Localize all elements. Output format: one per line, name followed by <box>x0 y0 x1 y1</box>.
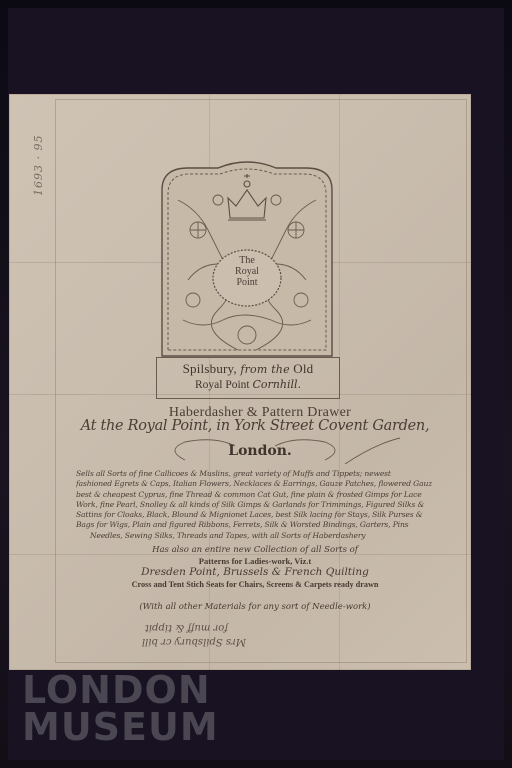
goods-line: best & cheapest Cyprus, fine Thread & co… <box>76 490 432 500</box>
note-line: for muff & tippit <box>96 620 246 634</box>
goods-line: Work, fine Pearl, Snolley & all kinds of… <box>76 500 432 510</box>
london-museum-logo: LONDON MUSEUM <box>22 672 219 746</box>
signboard-sign-name: Royal Point <box>195 379 250 391</box>
goods-line: Sattins for Cloaks, Black, Blound & Mign… <box>76 510 432 520</box>
goods-line: Needles, Sewing Silks, Threads and Tapes… <box>76 531 432 541</box>
signboard-italic: from the <box>240 363 290 376</box>
inverted-handwritten-note: Mrs Spilsbury cr bill for muff & tippit <box>96 620 246 648</box>
signboard-location: Cornhill. <box>252 378 301 391</box>
logo-line: LONDON <box>22 672 219 709</box>
signboard-line-1: Spilsbury, from the Old <box>157 361 339 377</box>
address-line: At the Royal Point, in York Street Coven… <box>70 418 440 434</box>
shop-name: Spilsbury, <box>183 361 237 376</box>
note-line: Mrs Spilsbury cr bill <box>96 634 246 648</box>
city-title: London. <box>200 443 320 459</box>
goods-line: fashioned Egrets & Caps, Italian Flowers… <box>76 479 432 489</box>
signboard: Spilsbury, from the Old Royal Point Corn… <box>156 357 340 399</box>
logo-line: MUSEUM <box>22 709 219 746</box>
patterns-heading: Patterns for Ladies-work, Viz.t <box>60 556 450 566</box>
medallion-line: Point <box>217 277 277 288</box>
patterns-intro: Has also an entire new Collection of all… <box>60 545 450 555</box>
goods-line: Sells all Sorts of fine Callicoes & Musl… <box>76 469 432 479</box>
signboard-word: Old <box>293 361 313 376</box>
patterns-closing: (With all other Materials for any sort o… <box>60 602 450 612</box>
medallion-line: The <box>217 255 277 266</box>
margin-handwritten-note: 1693 · 95 <box>32 135 45 196</box>
patterns-seats: Cross and Tent Stich Seats for Chairs, S… <box>60 580 450 589</box>
signboard-line-2: Royal Point Cornhill. <box>157 378 339 391</box>
royal-point-emblem: The Royal Point <box>158 160 336 360</box>
goods-line: Bags for Wigs, Plain and figured Ribbons… <box>76 520 432 530</box>
medallion-line: Royal <box>217 266 277 277</box>
patterns-types: Dresden Point, Brussels & French Quiltin… <box>60 566 450 578</box>
goods-list: Sells all Sorts of fine Callicoes & Musl… <box>76 469 432 541</box>
medallion-text: The Royal Point <box>217 255 277 303</box>
